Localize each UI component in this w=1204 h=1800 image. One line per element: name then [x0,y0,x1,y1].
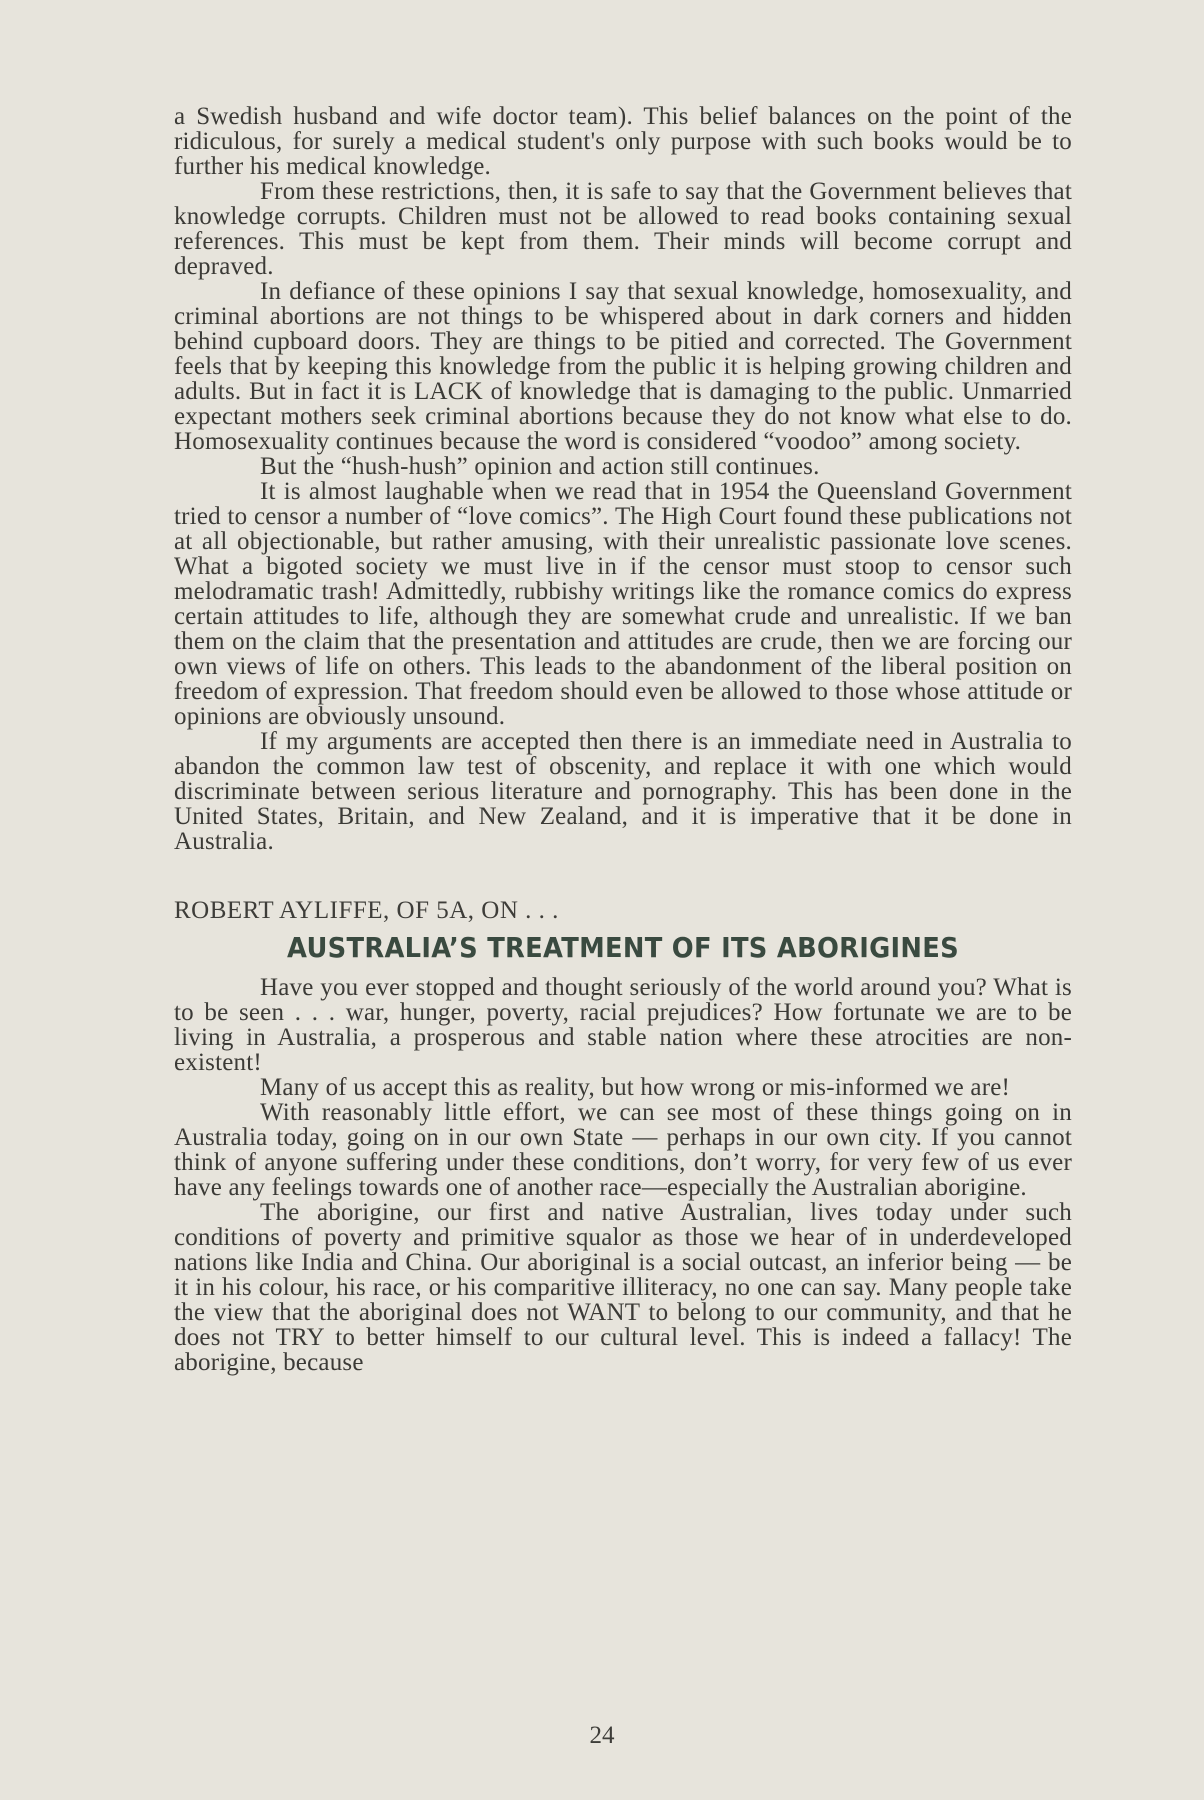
paragraph: If my arguments are accepted then there … [174,729,1072,854]
paragraph: From these restrictions, then, it is saf… [174,179,1072,279]
paragraph: In defiance of these opinions I say that… [174,279,1072,454]
paragraph: Have you ever stopped and thought seriou… [174,975,1072,1075]
paragraph: Many of us accept this as reality, but h… [174,1075,1072,1100]
author-byline: ROBERT AYLIFFE, OF 5A, ON . . . [174,898,1072,923]
paragraph: It is almost laughable when we read that… [174,479,1072,729]
article-censorship-continued: a Swedish husband and wife doctor team).… [174,104,1072,854]
paragraph: But the “hush-hush” opinion and action s… [174,454,1072,479]
paragraph: With reasonably little effort, we can se… [174,1100,1072,1200]
page-number: 24 [0,1722,1204,1750]
article-title: AUSTRALIA’S TREATMENT OF ITS ABORIGINES [210,933,1036,963]
paragraph: The aborigine, our first and native Aust… [174,1200,1072,1375]
document-page: a Swedish husband and wife doctor team).… [174,104,1072,1375]
article-aborigines: ROBERT AYLIFFE, OF 5A, ON . . . AUSTRALI… [174,898,1072,1375]
paragraph: a Swedish husband and wife doctor team).… [174,104,1072,179]
